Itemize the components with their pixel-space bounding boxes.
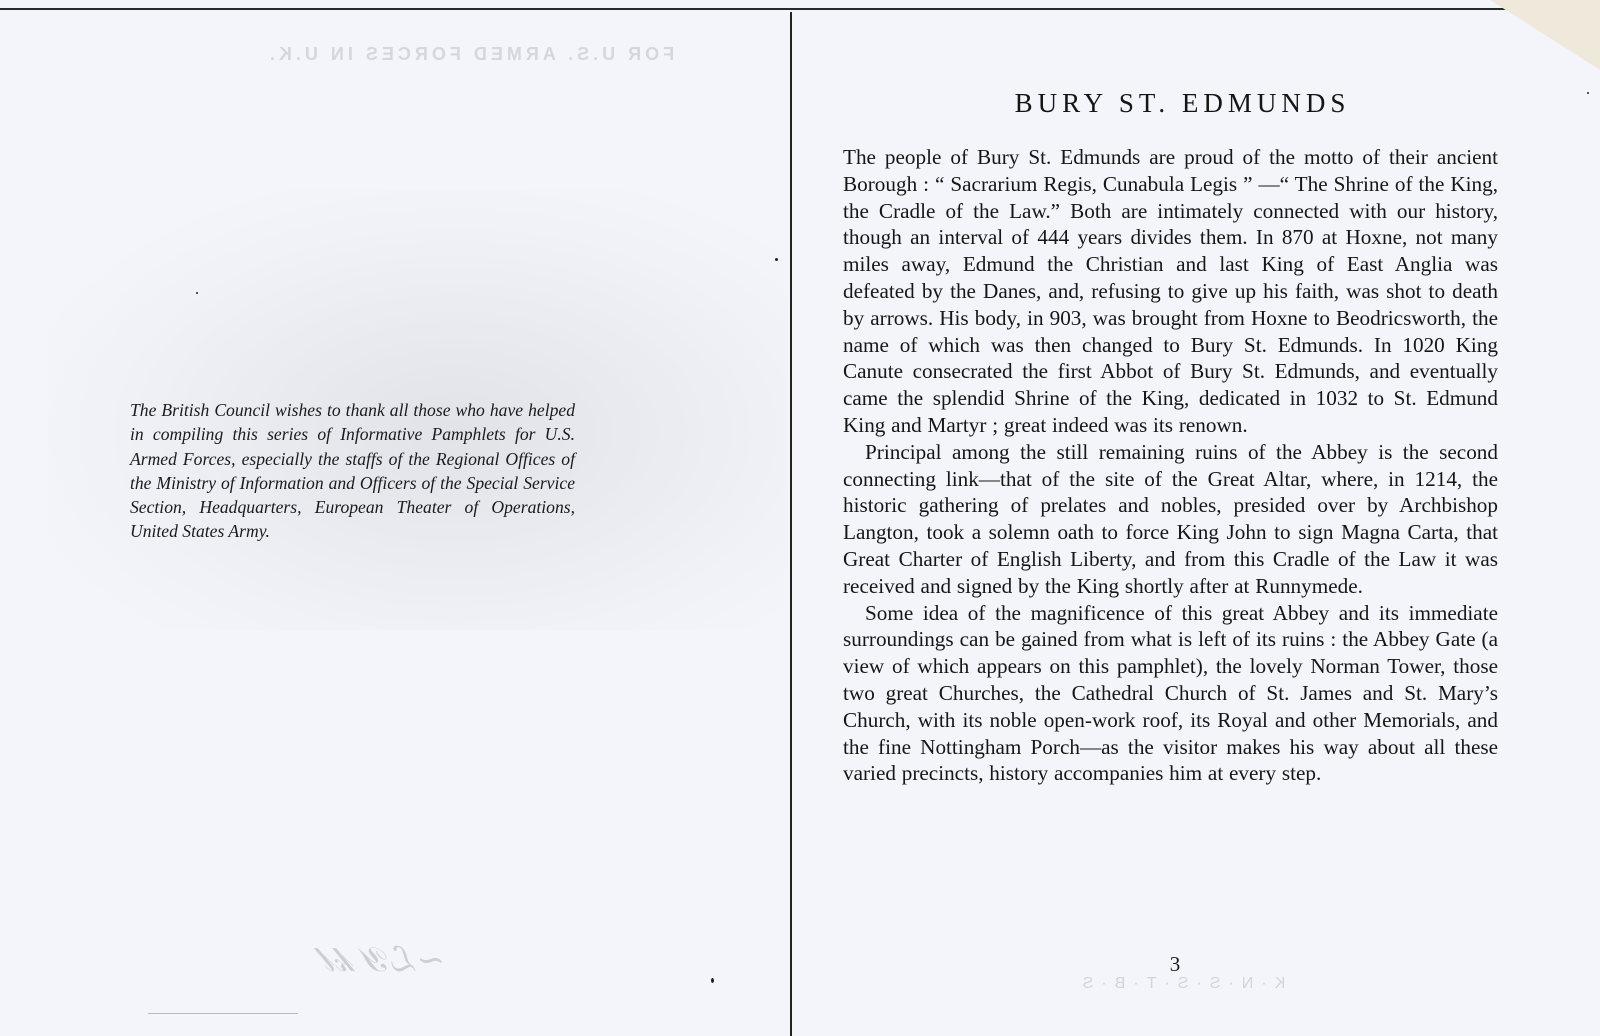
page-title: BURY ST. EDMUNDS — [843, 88, 1498, 132]
paragraph-motto-history: The people of Bury St. Edmunds are proud… — [843, 144, 1498, 439]
show-through-heading: FOR U.S. ARMED FORCES IN U.K. — [190, 44, 750, 65]
faint-signature: ~ℒ𝒴 𝓀𝓁 — [185, 940, 445, 1000]
paragraph-magna-carta: Principal among the still remaining ruin… — [843, 439, 1498, 600]
scan-speck — [196, 292, 198, 294]
page-number: 3 — [1160, 952, 1190, 977]
right-page: BURY ST. EDMUNDS The people of Bury St. … — [843, 80, 1498, 787]
signature-underline — [148, 1013, 298, 1014]
scan-speck — [1587, 92, 1589, 94]
paragraph-abbey-ruins: Some idea of the magnificence of this gr… — [843, 600, 1498, 788]
scan-speck — [711, 978, 714, 983]
acknowledgement-text: The British Council wishes to thank all … — [130, 398, 575, 544]
body-text: The people of Bury St. Edmunds are proud… — [843, 144, 1498, 787]
show-through-footer: K·N·S·S·T·B·S — [930, 975, 1430, 993]
british-council-acknowledgement: The British Council wishes to thank all … — [130, 398, 575, 544]
scan-speck — [775, 258, 778, 261]
page-gutter — [790, 12, 792, 1036]
